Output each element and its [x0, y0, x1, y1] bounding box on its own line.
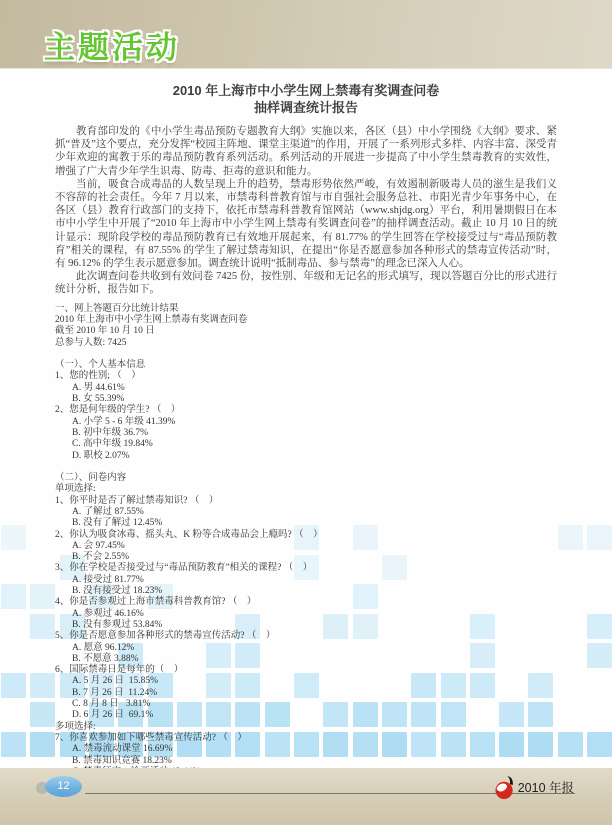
report-body: 2010 年上海市中小学生网上禁毒有奖调查问卷 抽样调查统计报告 教育部印发的《… — [0, 69, 612, 768]
stats-line: C. 高中年级 19.84% — [55, 439, 557, 450]
edition-mark: 2010 年报 — [494, 775, 574, 799]
page-number: 12 — [45, 776, 82, 797]
stats-line: 2010 年上海市中小学生网上禁毒有奖调查问卷 — [55, 315, 557, 326]
article-paragraph: 当前，吸食合成毒品的人数呈现上升的趋势，禁毒形势依然严峻，有效遏制新吸毒人员的滋… — [55, 178, 557, 270]
stats-line: A. 禁毒流动课堂 16.69% — [55, 744, 557, 755]
stats-line: 一、网上答题百分比统计结果 — [55, 304, 557, 315]
stats-line: D. 6 月 26 日 69.1% — [55, 710, 557, 721]
page-content: 2010 年上海市中小学生网上禁毒有奖调查问卷 抽样调查统计报告 教育部印发的《… — [0, 69, 612, 768]
stats-line: 1、你平时是否了解过禁毒知识? （ ） — [55, 496, 557, 507]
edition-label: 2010 年报 — [518, 778, 574, 796]
stats-line: 截至 2010 年 10 月 10 日 — [55, 326, 557, 337]
stats-line: B. 禁毒知识竞赛 18.23% — [55, 756, 557, 767]
page-number-badge: 12 — [36, 776, 88, 798]
stats-line: （二）、问卷内容 — [55, 473, 557, 484]
article-paragraph: 此次调查问卷共收到有效问卷 7425 份，按性别、年级和无记名的形式填写，现以答… — [55, 270, 557, 296]
stats-line: B. 不愿意 3.88% — [55, 654, 557, 665]
stats-line: 多项选择: — [55, 722, 557, 733]
stats-line: C. 禁毒征文、绘画活动 12.44% — [55, 767, 557, 768]
stats-line: 7、你喜欢参加如下哪些禁毒宣传活动? （ ） — [55, 733, 557, 744]
stats-line: B. 没有了解过 12.45% — [55, 518, 557, 529]
publisher-swoosh-icon — [494, 775, 517, 800]
stats-line: B. 没有参观过 53.84% — [55, 620, 557, 631]
stats-line: 总参与人数: 7425 — [55, 338, 557, 349]
stats-line: A. 男 44.61% — [55, 383, 557, 394]
stats-blank-line — [55, 349, 557, 360]
report-title: 2010 年上海市中小学生网上禁毒有奖调查问卷 抽样调查统计报告 — [55, 82, 557, 116]
stats-line: B. 初中年级 36.7% — [55, 428, 557, 439]
stats-line: C. 8 月 8 日 3.81% — [55, 699, 557, 710]
stats-line: B. 7 月 26 日 11.24% — [55, 688, 557, 699]
stats-line: 单项选择: — [55, 484, 557, 495]
report-title-line2: 抽样调查统计报告 — [55, 99, 557, 116]
stats-line: 5、你是否愿意参加各种形式的禁毒宣传活动? （ ） — [55, 631, 557, 642]
stats-line: （一）、个人基本信息 — [55, 360, 557, 371]
masthead-band: 主题活动 — [0, 0, 612, 69]
article-paragraphs: 教育部印发的《中小学生毒品预防专题教育大纲》实施以来，各区（县）中小学围绕《大纲… — [55, 125, 557, 297]
stats-line: D. 职校 2.07% — [55, 451, 557, 462]
stats-line: B. 不会 2.55% — [55, 552, 557, 563]
stats-line: 4、你是否参观过上海市禁毒科普教育馆? （ ） — [55, 597, 557, 608]
masthead-logo: 主题活动 — [44, 22, 180, 67]
stats-line: A. 愿意 96.12% — [55, 643, 557, 654]
report-title-line1: 2010 年上海市中小学生网上禁毒有奖调查问卷 — [55, 82, 557, 99]
stats-line: 6、国际禁毒日是每年的（ ） — [55, 665, 557, 676]
stats-line: 2、你认为吸食冰毒、摇头丸、K 粉等合成毒品会上瘾吗? （ ） — [55, 530, 557, 541]
stats-line: B. 女 55.39% — [55, 394, 557, 405]
stats-line: 1、您的性别; （ ） — [55, 371, 557, 382]
stats-list: 一、网上答题百分比统计结果2010 年上海市中小学生网上禁毒有奖调查问卷截至 2… — [55, 304, 557, 768]
stats-line: A. 5 月 26 日 15.85% — [55, 676, 557, 687]
article-paragraph: 教育部印发的《中小学生毒品预防专题教育大纲》实施以来，各区（县）中小学围绕《大纲… — [55, 125, 557, 178]
stats-line: 2、您是何年级的学生? （ ） — [55, 405, 557, 416]
stats-line: A. 了解过 87.55% — [55, 507, 557, 518]
footer-band: 12 2010 年报 — [0, 768, 612, 825]
stats-line: B. 没有接受过 18.23% — [55, 586, 557, 597]
stats-line: A. 会 97.45% — [55, 541, 557, 552]
stats-blank-line — [55, 462, 557, 473]
stats-line: A. 小学 5 - 6 年级 41.39% — [55, 417, 557, 428]
stats-line: A. 接受过 81.77% — [55, 575, 557, 586]
magazine-page: 主题活动 2010 年上海市中小学生网上禁毒有奖调查问卷 抽样调查统计报告 教育… — [0, 0, 612, 825]
stats-line: A. 参观过 46.16% — [55, 609, 557, 620]
stats-line: 3、你在学校是否接受过与“毒品预防教育”相关的课程? （ ） — [55, 563, 557, 574]
